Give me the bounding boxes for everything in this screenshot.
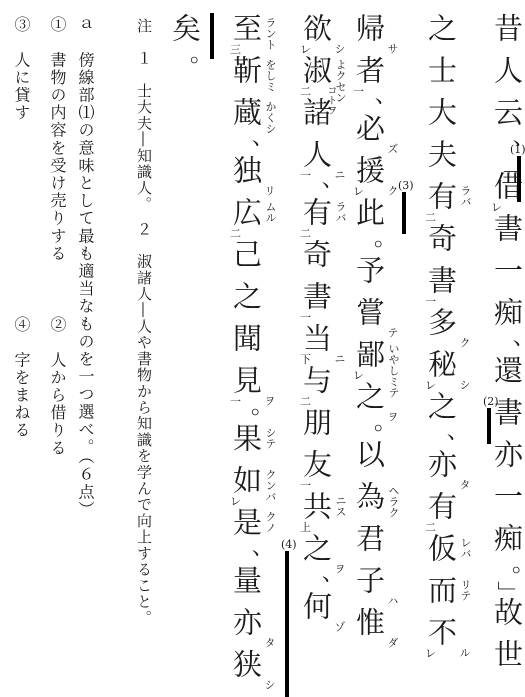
okurigana: シ	[263, 679, 275, 690]
kanbun-char: 以	[352, 439, 386, 468]
kanbun-char: 靳をしミ	[229, 55, 263, 84]
kaeriten: レ	[425, 648, 436, 659]
option-1: ① 書物の内容を受け売りする	[46, 16, 69, 316]
kanbun-char: 君	[352, 523, 386, 552]
kanbun-char: 云ハ	[490, 97, 524, 126]
kaeriten: レ	[300, 44, 311, 55]
kanbun-char: 蔵かくシ	[229, 97, 263, 126]
kanbun-char: 為ヘラク	[352, 481, 386, 510]
okurigana: ヲ	[333, 563, 345, 574]
kanbun-char: 大	[424, 97, 458, 126]
kanbun-char: 量	[229, 565, 263, 594]
okurigana: ダ	[386, 637, 398, 648]
punctuation: 」	[490, 581, 524, 595]
kanbun-char: 欲シレ	[299, 13, 333, 42]
punctuation: 。	[352, 239, 386, 253]
okurigana: タ	[458, 479, 470, 490]
kanbun-column-4: 欲シレ淑よクセンコトヲ二諸人ニ一、有ラバ二奇書一当ニ下与二朋友一共ニス上之ヲ、何…	[299, 13, 333, 633]
kanbun-char: 一	[490, 481, 524, 510]
okurigana: リ	[263, 185, 275, 196]
kanbun-char: 有ラバ二	[299, 197, 333, 226]
kanbun-char: 之	[424, 391, 458, 420]
okurigana: ル	[458, 647, 470, 658]
kaeriten: レ	[425, 380, 436, 391]
kanbun-column-1: 昔人云ハ、「借レ書ヲ一痴、還スモ書ヲ亦タ一痴ナリ。」故ニ世	[490, 13, 524, 681]
kanbun-char: 己	[229, 239, 263, 268]
kanbun-char: 共ニス上	[299, 491, 333, 520]
kaeriten: 下	[300, 354, 311, 365]
kaeriten: 一	[300, 170, 311, 181]
kanbun-column-2: 之士大夫有ラバ二奇書一多ク秘シレ之、亦タ有二仮レバ而リテ不ルレ	[424, 13, 458, 659]
kanbun-char: 有二	[424, 491, 458, 520]
bosen-label-1: (1)	[510, 144, 525, 155]
kaeriten: 上	[300, 522, 311, 533]
okurigana: タ	[263, 637, 275, 648]
okurigana: ク	[386, 185, 398, 196]
kanbun-char: 書一	[424, 265, 458, 294]
okurigana: クノ	[264, 511, 276, 533]
kaeriten: レ	[353, 186, 364, 197]
kanbun-char: 夫	[424, 139, 458, 168]
kanbun-char: 此	[352, 197, 386, 226]
kanbun-char: 鄙いやしミテレ	[352, 339, 386, 368]
kanbun-char: 聞	[229, 323, 263, 352]
kaeriten: 一	[230, 396, 241, 407]
kanbun-column-5: 至ラント三靳をしミ蔵かくシ、独リ広ムル二己之聞見ヲ一。果シテ如クンバレ是クノ、量…	[229, 13, 263, 691]
kaeriten: 二	[300, 396, 311, 407]
okurigana: ズ	[386, 143, 398, 154]
kaeriten: 二	[425, 212, 436, 223]
kanbun-char: 狭シ	[229, 649, 263, 678]
kanbun-char: 諸	[299, 97, 333, 126]
kanbun-char: 不ルレ	[424, 617, 458, 646]
kanbun-char: 友一	[299, 449, 333, 478]
okurigana: ラバ	[334, 201, 346, 223]
option-2: ② 人から借りる	[46, 316, 69, 556]
kanbun-char: 嘗テ	[352, 297, 386, 326]
kanbun-char: 秘シレ	[424, 349, 458, 378]
okurigana: シ	[333, 43, 345, 54]
kaeriten: 一	[300, 312, 311, 323]
okurigana: ニ	[333, 353, 345, 364]
kanbun-char: 亦タ	[229, 607, 263, 636]
kanbun-char: 之ヲ	[352, 381, 386, 410]
kanbun-char: 見ヲ一	[229, 365, 263, 394]
kaeriten: 一	[425, 296, 436, 307]
kanbun-char: 予	[352, 255, 386, 284]
kanbun-char: 朋	[299, 407, 333, 436]
kanbun-char: 与二	[299, 365, 333, 394]
kaeriten: 二	[425, 522, 436, 533]
kanbun-char: 人	[490, 55, 524, 84]
kaeriten: 二	[300, 86, 311, 97]
kanbun-char: 之ヲ	[299, 533, 333, 562]
kanbun-char: 故ニ	[490, 597, 524, 626]
option-3: ③ 人に貸す	[10, 16, 33, 256]
kanbun-char: 惟ダ	[352, 607, 386, 636]
kanbun-char: 是クノ	[229, 507, 263, 536]
okurigana: サ	[386, 43, 398, 54]
option-4: ④ 字をまねる	[10, 316, 33, 556]
okurigana: テ	[386, 327, 398, 338]
kanbun-column-3: 帰サ者一、必ズ援クレ此。予嘗テ鄙いやしミテレ之ヲ。以為ヘラク君子ハ惟ダ	[352, 13, 386, 649]
kaeriten: 一	[353, 86, 364, 97]
kanbun-char: 奇	[299, 239, 333, 268]
kanbun-char: 必ズ	[352, 113, 386, 142]
okurigana: シ	[458, 379, 470, 390]
okurigana: ゾ	[333, 621, 345, 632]
punctuation: 、	[299, 181, 333, 195]
kaeriten: レ	[230, 496, 241, 507]
bosen-label-3: (3)	[398, 180, 414, 191]
okurigana: リテ	[459, 579, 471, 601]
kanbun-char: 果シテ	[229, 423, 263, 452]
kanbun-column-6: 矣。	[168, 13, 202, 71]
okurigana: をしミ	[264, 59, 276, 92]
kanbun-char: 一	[490, 255, 524, 284]
kanbun-char: 士	[424, 55, 458, 84]
okurigana: ハ	[386, 595, 398, 606]
kanbun-char: 如クンバレ	[229, 465, 263, 494]
kanbun-char: 広ムル二	[229, 197, 263, 226]
okurigana: ク	[458, 337, 470, 348]
kanbun-char: 仮レバ	[424, 533, 458, 562]
okurigana: ヲ	[386, 411, 398, 422]
bosen-bar-4	[285, 551, 289, 697]
notes-column: 注 １ 士大夫―知識人。 ２ 淑諸人―人や書物から知識を学んで向上すること。	[134, 18, 155, 694]
okurigana: ヲ	[263, 395, 275, 406]
kanbun-char: 亦タ	[490, 439, 524, 468]
kanbun-char: 之	[424, 13, 458, 42]
kanbun-char: 昔	[490, 13, 524, 42]
exam-page: 昔人云ハ、「借レ書ヲ一痴、還スモ書ヲ亦タ一痴ナリ。」故ニ世之士大夫有ラバ二奇書一…	[0, 0, 525, 697]
okurigana: レバ	[459, 537, 471, 559]
punctuation: 。	[352, 423, 386, 437]
kanbun-char: 奇	[424, 223, 458, 252]
kanbun-char: 者一	[352, 55, 386, 84]
kanbun-char: 子ハ	[352, 565, 386, 594]
kanbun-char: 淑よクセンコトヲ二	[299, 55, 333, 84]
punctuation: 。	[490, 565, 524, 579]
kanbun-char: 書ヲ	[490, 213, 524, 242]
kanbun-char: 人ニ一	[299, 139, 333, 168]
kanbun-char: 援クレ	[352, 155, 386, 184]
kanbun-char: 有ラバ二	[424, 181, 458, 210]
kanbun-char: 而リテ	[424, 575, 458, 604]
kaeriten: 一	[300, 480, 311, 491]
okurigana: クンバ	[264, 469, 276, 502]
bosen-bar-5	[210, 13, 214, 59]
kanbun-char: 何ゾ	[299, 591, 333, 620]
kanbun-char: 痴	[490, 297, 524, 326]
kanbun-char: 独リ	[229, 155, 263, 184]
punctuation: 、	[424, 433, 458, 447]
bosen-bar-3	[402, 192, 406, 234]
kanbun-char: 多ク	[424, 307, 458, 336]
kanbun-char: 還スモ	[490, 355, 524, 384]
kaeriten: 二	[230, 228, 241, 239]
punctuation: 、	[229, 139, 263, 153]
kanbun-char: 痴ナリ	[490, 523, 524, 552]
okurigana: いやしミテ	[387, 343, 399, 398]
okurigana: ニス	[334, 495, 346, 517]
punctuation: 。	[229, 407, 263, 421]
kanbun-char: 当ニ下	[299, 323, 333, 352]
bosen-label-2: (2)	[483, 396, 499, 407]
bosen-bar-1	[517, 156, 521, 202]
punctuation: 。	[168, 55, 202, 69]
kanbun-char: 矣	[168, 13, 202, 42]
punctuation: 、	[352, 97, 386, 111]
okurigana: ラバ	[459, 185, 471, 207]
kaeriten: 三	[230, 44, 241, 55]
kaeriten: レ	[353, 370, 364, 381]
kanbun-char: 帰サ	[352, 13, 386, 42]
kanbun-char: 書一	[299, 281, 333, 310]
kanbun-char: 世	[490, 639, 524, 668]
okurigana: ムル	[264, 201, 276, 223]
punctuation: 、	[490, 339, 524, 353]
question-text: ａ 傍線部⑴の意味として最も適当なものを一つ選べ。（６点）	[74, 16, 97, 676]
okurigana: シテ	[264, 427, 276, 449]
kanbun-char: 至ラント三	[229, 13, 263, 42]
kaeriten: レ	[491, 202, 502, 213]
kanbun-char: 亦タ	[424, 449, 458, 478]
okurigana: ラント	[264, 17, 276, 50]
okurigana: かくシ	[264, 101, 276, 134]
bosen-bar-2	[487, 408, 491, 444]
bosen-label-4: (4)	[281, 539, 297, 550]
kaeriten: 二	[300, 228, 311, 239]
kanbun-char: 之	[229, 281, 263, 310]
punctuation: 、	[299, 575, 333, 589]
punctuation: 、	[229, 549, 263, 563]
okurigana: ニ	[333, 169, 345, 180]
okurigana: ヘラク	[387, 485, 399, 518]
